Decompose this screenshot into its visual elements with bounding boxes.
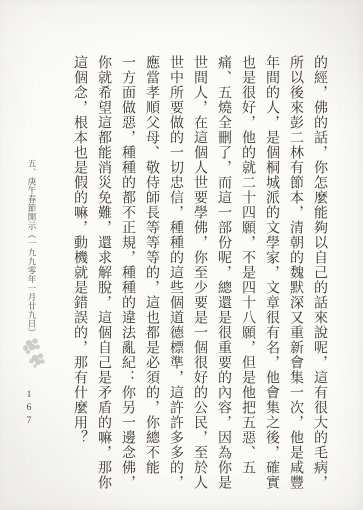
chapter-running-header: 五、庚午春節開示（一九九零年一月廿九日） [26, 159, 38, 339]
text-column: 的經，佛的話，你怎麼能夠以自己的話來說呢，這有很大的毛病， [307, 55, 331, 493]
text-column: 年間的人，是個桐城派的文學家，文章很有名，他會集之後，確實 [259, 55, 283, 493]
text-column: 世間人，在這個人世要學佛，你至少要是一個很好的公民，至於人 [187, 55, 211, 493]
main-text-block: 的經，佛的話，你怎麼能夠以自己的話來說呢，這有很大的毛病，所以後來彭二林有節本，… [67, 55, 331, 493]
text-column: 也是很好，他的就二十四願，不是四十八願，但是他把五惡、五 [235, 55, 259, 493]
text-column: 所以後來彭二林有節本，清朝的魏默深又重新會集一次，他是咸豐 [283, 55, 307, 493]
flower-ornament-icon [19, 336, 49, 385]
text-column: 這個念，根本也是假的嘛，動機就是錯誤的，那有什麼用？ [67, 55, 91, 493]
text-column: 一方面做惡，種種的都不正規，種種的違法亂紀：你另一邊念佛， [115, 55, 139, 493]
page-number: 167 [24, 390, 34, 429]
text-column: 痛、五燒全刪了，而這一部份呢，總還是很重要的內容，因為你是 [211, 55, 235, 493]
book-page: 的經，佛的話，你怎麼能夠以自己的話來說呢，這有很大的毛病，所以後來彭二林有節本，… [0, 0, 363, 510]
text-column: 世中所要做的一切忠信，種種的這些個道德標準，這許許多多的， [163, 55, 187, 493]
text-column: 應當孝順父母、敬侍師長等等等的，這也都是必須的，你總不能 [139, 55, 163, 493]
text-column: 你就希望這都能消災免難，還求解脫，這個自己是矛盾的嘛，那你 [91, 55, 115, 493]
